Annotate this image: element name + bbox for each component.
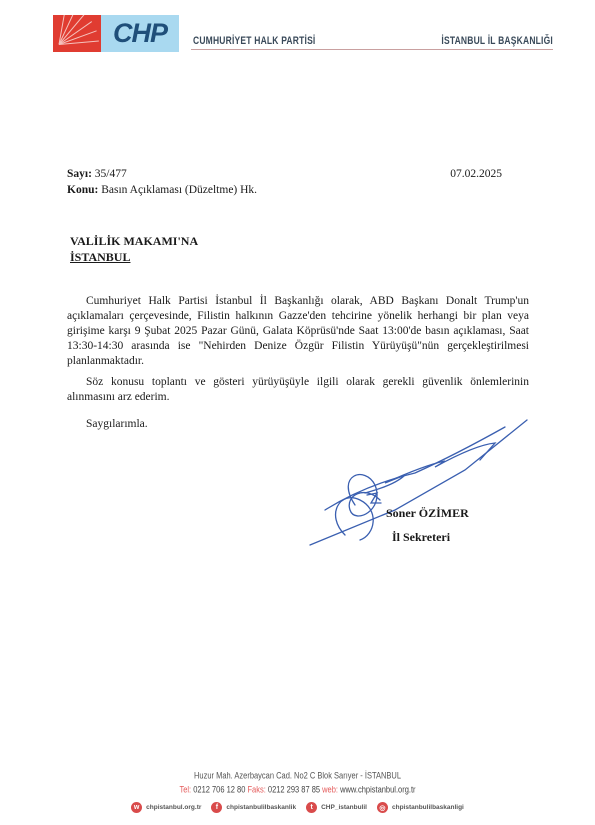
addressee: VALİLİK MAKAMI'NA İSTANBUL <box>70 233 198 265</box>
logo-text: CHP <box>113 18 167 49</box>
twitter-icon: t <box>306 802 317 813</box>
body-paragraph-1: Cumhuriyet Halk Partisi İstanbul İl Başk… <box>67 294 529 369</box>
chp-logo: CHP <box>53 15 179 52</box>
closing-salutation: Saygılarımla. <box>86 418 148 430</box>
signer-name: Soner ÖZİMER <box>386 506 469 521</box>
document-date: 07.02.2025 <box>450 168 502 180</box>
header-divider <box>191 49 553 50</box>
instagram-icon: ◎ <box>377 802 388 813</box>
web-icon: w <box>131 802 142 813</box>
facebook-icon: f <box>211 802 222 813</box>
social-web: w chpistanbul.org.tr <box>131 802 201 813</box>
sayi-label: Sayı: <box>67 168 92 180</box>
addressee-office: VALİLİK MAKAMI'NA <box>70 233 198 249</box>
signer-title: İl Sekreteri <box>392 530 450 545</box>
tel-label: Tel: <box>179 784 191 795</box>
social-twitter: t CHP_istanbulil <box>306 802 367 813</box>
body-paragraph-2: Söz konusu toplantı ve gösteri yürüyüşüy… <box>67 375 529 405</box>
social-instagram: ◎ chpistanbulilbaskanligi <box>377 802 464 813</box>
social-links: w chpistanbul.org.tr f chpistanbulilbask… <box>0 802 595 813</box>
office-name: İSTANBUL İL BAŞKANLIĞI <box>441 34 553 47</box>
subject-line: Konu: Basın Açıklaması (Düzeltme) Hk. <box>67 184 257 196</box>
tel-number: 0212 706 12 80 <box>193 784 245 795</box>
footer-address: Huzur Mah. Azerbaycan Cad. No2 C Blok Sa… <box>0 770 595 781</box>
party-name: CUMHURİYET HALK PARTİSİ <box>193 34 316 47</box>
fax-number: 0212 293 87 85 <box>268 784 320 795</box>
sayi-value: 35/477 <box>95 168 127 180</box>
web-url: www.chpistanbul.org.tr <box>340 784 415 795</box>
web-label: web: <box>322 784 338 795</box>
konu-label: Konu: <box>67 184 98 196</box>
addressee-city: İSTANBUL <box>70 249 198 265</box>
social-facebook: f chpistanbulilbaskanlik <box>211 802 296 813</box>
six-arrows-emblem-icon <box>53 15 101 52</box>
fax-label: Faks: <box>247 784 265 795</box>
konu-value: Basın Açıklaması (Düzeltme) Hk. <box>101 184 257 196</box>
reference-number: Sayı: 35/477 <box>67 168 127 180</box>
footer-contact: Tel: 0212 706 12 80 Faks: 0212 293 87 85… <box>0 784 595 795</box>
